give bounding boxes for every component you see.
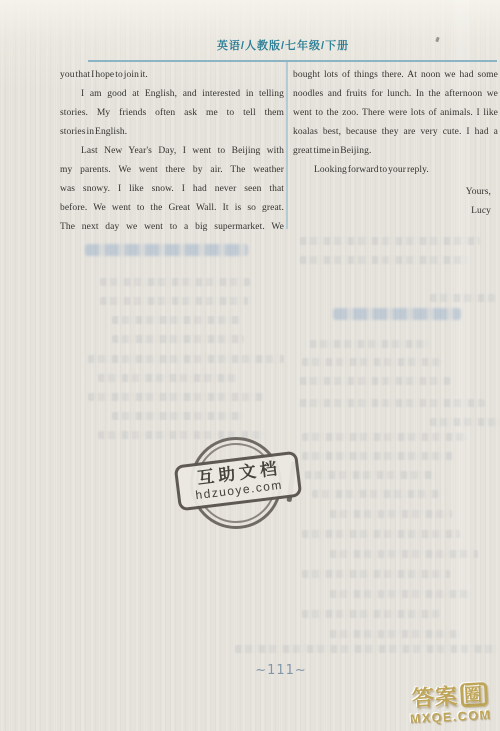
text-line: I am good at English, and interested in …: [60, 85, 284, 104]
bleedthrough-line: [300, 237, 480, 245]
text-line: was snowy. I like snow. I had never seen…: [60, 180, 284, 199]
bleedthrough-line: [100, 278, 250, 286]
bleedthrough-line: [330, 630, 460, 638]
page-number: ~111~: [0, 663, 500, 678]
left-text-column: you that I hope to join it.I am good at …: [60, 66, 284, 237]
bleedthrough-line: [88, 355, 284, 363]
text-line: went to the zoo. There were lots of anim…: [293, 104, 498, 123]
bleedthrough-line: [112, 335, 244, 343]
bleedthrough-line: [430, 418, 500, 426]
bleedthrough-line: [300, 256, 468, 264]
text-line: great time in Beijing.: [293, 142, 498, 161]
text-line: bought lots of things there. At noon we …: [293, 66, 498, 85]
scanned-book-page: 英语/人教版/七年级/下册 you that I hope to join it…: [0, 0, 500, 731]
text-line: koalas best, because they are very cute.…: [293, 123, 498, 142]
right-text-column: bought lots of things there. At noon we …: [293, 66, 498, 221]
text-line: Lucy: [293, 202, 498, 221]
bleedthrough-line: [112, 412, 242, 420]
page-header-title: 英语/人教版/七年级/下册: [70, 37, 496, 53]
text-line: noodles and fruits for lunch. In the aft…: [293, 85, 498, 104]
watermark-boxed-char: 圈: [459, 682, 487, 707]
bleedthrough-line: [430, 294, 495, 302]
bleedthrough-line: [312, 490, 440, 498]
bleedthrough-heading: [85, 244, 248, 256]
watermark-brand: 答案圈: [401, 682, 498, 712]
bleedthrough-line: [100, 297, 248, 305]
bleedthrough-line: [302, 570, 450, 578]
bleedthrough-line: [305, 471, 435, 479]
text-line: before. We went to the Great Wall. It is…: [60, 199, 284, 218]
header-rule: [88, 60, 497, 62]
text-line: Looking forward to your reply.: [293, 161, 498, 180]
bleedthrough-line: [302, 610, 440, 618]
bleedthrough-line: [300, 377, 450, 385]
column-divider: [286, 62, 288, 229]
bleedthrough-line: [330, 510, 452, 518]
bleedthrough-line: [302, 530, 460, 538]
bleedthrough-heading: [333, 308, 461, 320]
text-line: stories in English.: [60, 123, 284, 142]
stamp-plate: 互助文档 hdzuoye.com: [174, 451, 303, 512]
text-line: stories. My friends often ask me to tell…: [60, 104, 284, 123]
text-line: you that I hope to join it.: [60, 66, 284, 85]
text-line: my parents. We went there by air. The we…: [60, 161, 284, 180]
text-line: The next day we went to a big supermarke…: [60, 218, 284, 237]
bleedthrough-line: [330, 550, 478, 558]
bleedthrough-line: [302, 433, 467, 441]
bleedthrough-line: [302, 452, 452, 460]
daanquan-watermark: 答案圈 MXQE.COM: [401, 682, 499, 727]
bleedthrough-line: [88, 393, 264, 401]
text-line: Yours,: [293, 183, 498, 202]
bleedthrough-line: [330, 590, 470, 598]
bleedthrough-line: [112, 316, 240, 324]
bleedthrough-line: [302, 358, 442, 366]
bleedthrough-line: [310, 340, 430, 348]
bleedthrough-line: [235, 645, 497, 653]
watermark-brand-text: 答案: [411, 684, 458, 711]
bleedthrough-line: [300, 399, 485, 407]
text-line: Last New Year's Day, I went to Beijing w…: [60, 142, 284, 161]
bleedthrough-line: [98, 374, 236, 382]
